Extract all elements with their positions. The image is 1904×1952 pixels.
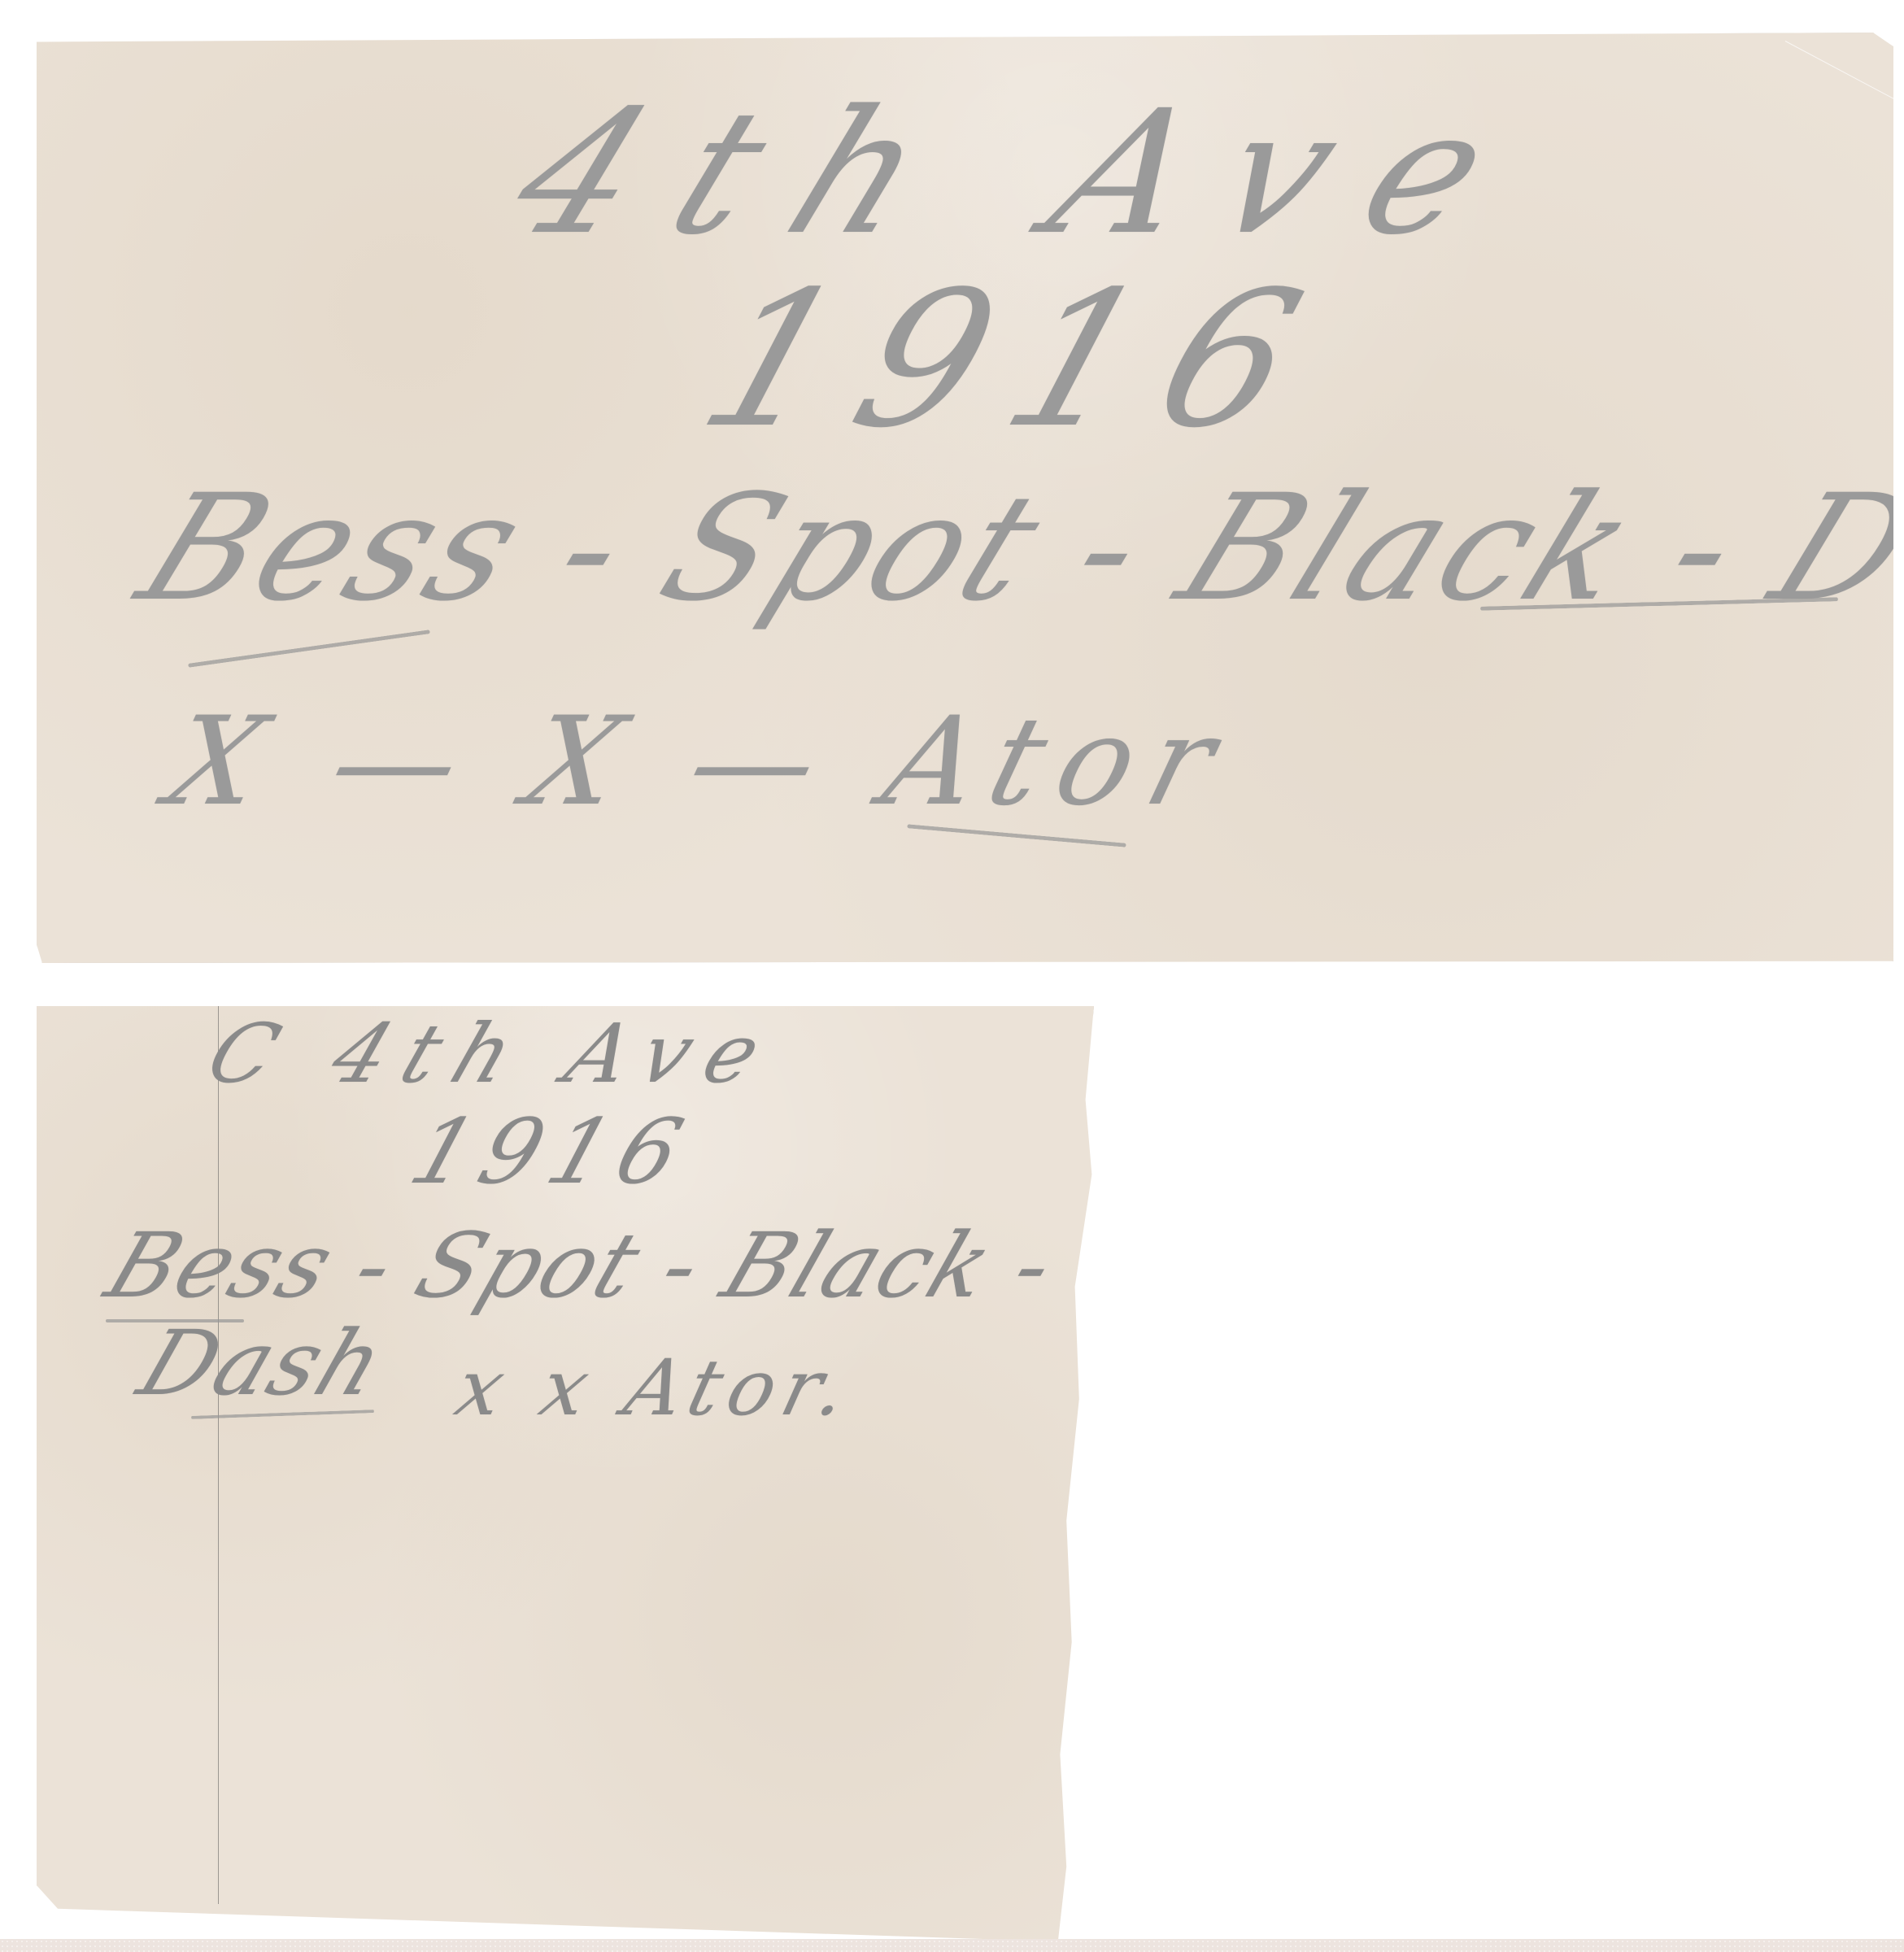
paper-scrap-top: 4th Ave 1916 Bess - Spot - Black - Dash … <box>37 33 1893 963</box>
scan-edge-band <box>0 1939 1904 1952</box>
marks-line: x x Ator. <box>447 1344 864 1433</box>
ruled-margin-line <box>218 1006 219 1904</box>
paper-crease <box>1785 41 1904 114</box>
year-line: 1916 <box>399 1100 706 1204</box>
name-bess: Bess <box>118 464 551 634</box>
names-line: Bess - Spot - Black - Dash <box>118 464 1904 634</box>
marks-line: X — X — Ator <box>155 691 1247 833</box>
address-line: 4th Ave <box>488 73 1566 272</box>
year-line: 1916 <box>679 252 1356 469</box>
name-spot: Spot <box>639 464 1069 634</box>
paper-scrap-bottom: C 4th Ave 1916 Bess - Spot - Black - Das… <box>37 1006 1094 1941</box>
name-dash: Dash <box>126 1311 399 1415</box>
name-black: Black <box>1157 464 1662 634</box>
address-line: C 4th Ave <box>195 1006 791 1101</box>
names-line: Bess - Spot - Black - <box>94 1213 1070 1318</box>
underline-bess <box>188 630 430 668</box>
